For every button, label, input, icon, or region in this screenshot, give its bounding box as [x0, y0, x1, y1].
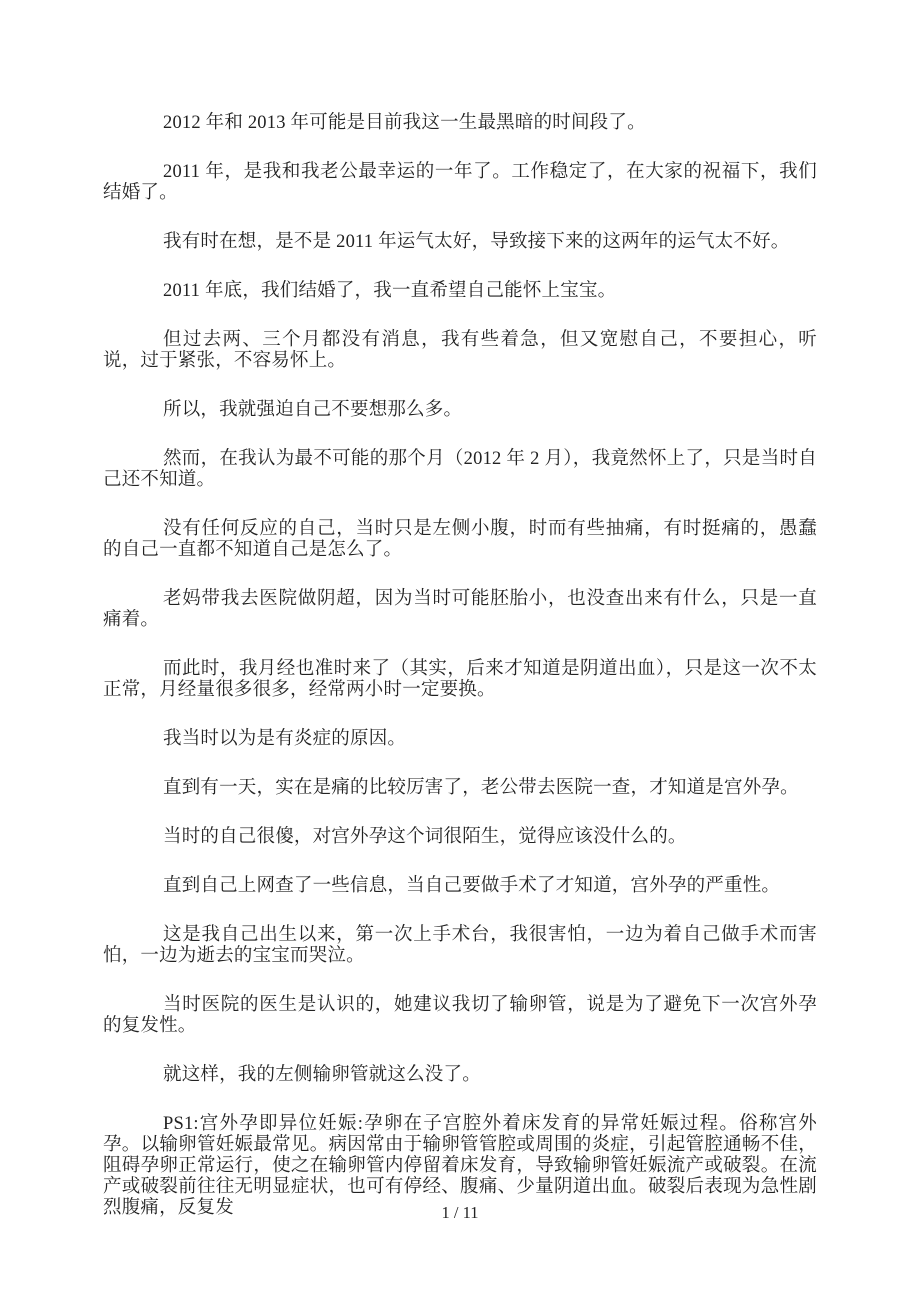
paragraph: 2011 年，是我和我老公最幸运的一年了。工作稳定了，在大家的祝福下，我们结婚了…: [103, 162, 817, 204]
paragraph: 直到自己上网查了一些信息，当自己要做手术了才知道，宫外孕的严重性。: [103, 876, 817, 897]
paragraph: 当时的自己很傻，对宫外孕这个词很陌生，觉得应该没什么的。: [103, 827, 817, 848]
page-number: 1 / 11: [0, 1203, 920, 1223]
document-page: 2012 年和 2013 年可能是目前我这一生最黑暗的时间段了。 2011 年，…: [0, 0, 920, 1302]
paragraph: 所以，我就强迫自己不要想那么多。: [103, 400, 817, 421]
paragraph: 直到有一天，实在是痛的比较厉害了，老公带去医院一查，才知道是宫外孕。: [103, 778, 817, 799]
paragraph: 当时医院的医生是认识的，她建议我切了输卵管，说是为了避免下一次宫外孕的复发性。: [103, 995, 817, 1037]
paragraph: 我当时以为是有炎症的原因。: [103, 729, 817, 750]
paragraph: 老妈带我去医院做阴超，因为当时可能胚胎小，也没查出来有什么，只是一直 痛着。: [103, 589, 817, 631]
paragraph: 我有时在想，是不是 2011 年运气太好，导致接下来的这两年的运气太不好。: [103, 232, 817, 253]
paragraph: 没有任何反应的自己，当时只是左侧小腹，时而有些抽痛，有时挺痛的，愚蠢的自己一直都…: [103, 519, 817, 561]
paragraph: 但过去两、三个月都没有消息，我有些着急，但又宽慰自己，不要担心，听说，过于紧张，…: [103, 330, 817, 372]
paragraph: 而此时，我月经也准时来了（其实，后来才知道是阴道出血），只是这一次不太正常，月经…: [103, 659, 817, 701]
paragraph: 这是我自己出生以来，第一次上手术台，我很害怕，一边为着自己做手术而害怕，一边为逝…: [103, 925, 817, 967]
paragraph: 然而，在我认为最不可能的那个月（2012 年 2 月），我竟然怀上了，只是当时自…: [103, 449, 817, 491]
paragraph: 就这样，我的左侧输卵管就这么没了。: [103, 1065, 817, 1086]
paragraph: 2011 年底，我们结婚了，我一直希望自己能怀上宝宝。: [103, 281, 817, 302]
paragraph: 2012 年和 2013 年可能是目前我这一生最黑暗的时间段了。: [103, 113, 817, 134]
document-body: 2012 年和 2013 年可能是目前我这一生最黑暗的时间段了。 2011 年，…: [103, 113, 817, 1219]
